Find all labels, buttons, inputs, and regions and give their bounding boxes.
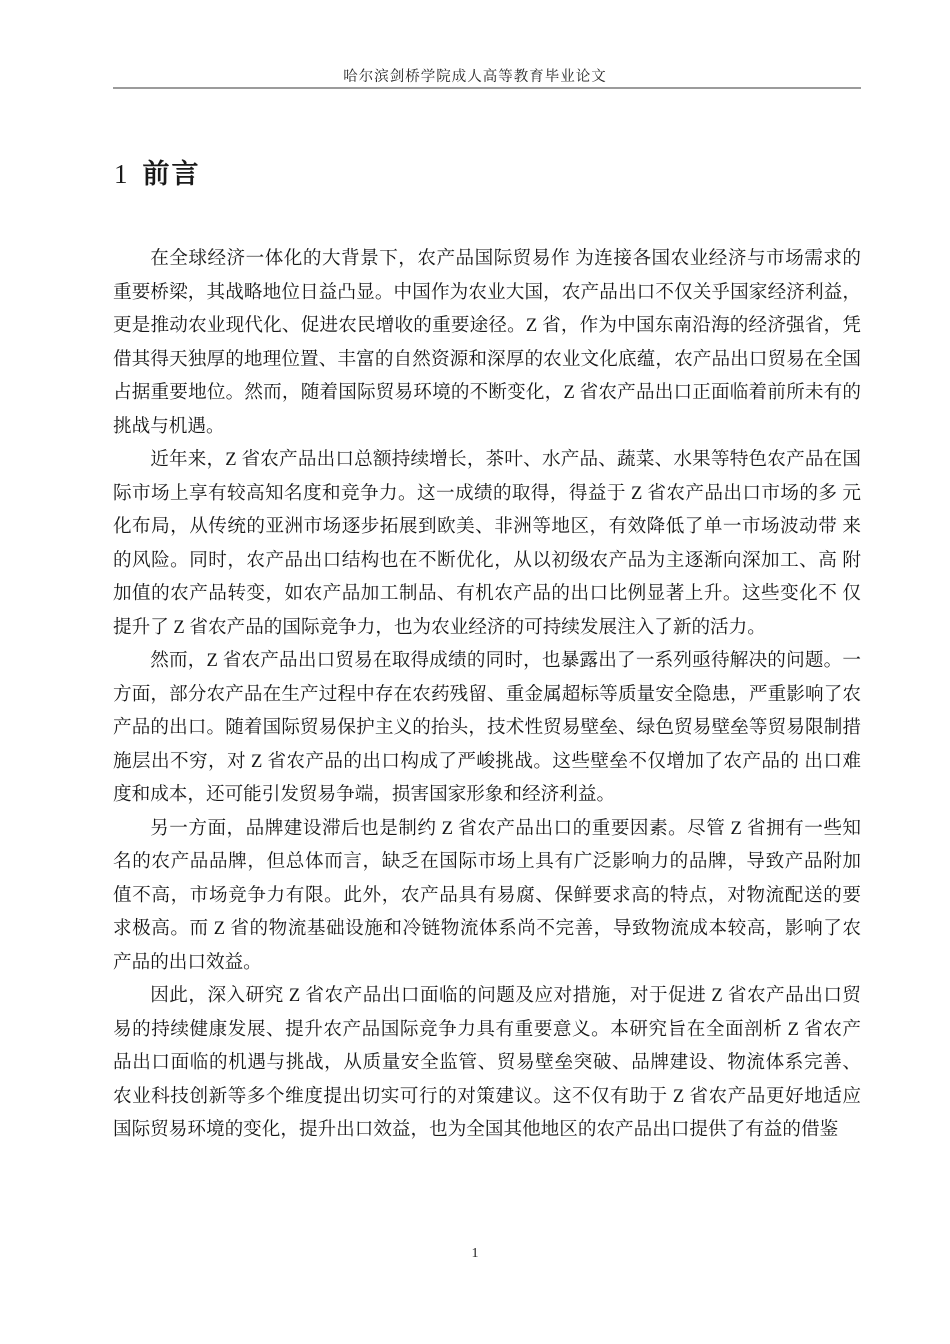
document-page: 哈尔滨剑桥学院成人高等教育毕业论文 1前言 在全球经济一体化的大背景下，农产品国… [0,0,950,1344]
body-paragraph-3: 然而，Z 省农产品出口贸易在取得成绩的同时，也暴露出了一系列亟待解决的问题。一方… [113,644,861,812]
section-heading: 1前言 [114,156,201,192]
body-paragraph-4: 另一方面，品牌建设滞后也是制约 Z 省农产品出口的重要因素。尽管 Z 省拥有一些… [113,812,861,980]
section-heading-title: 前言 [143,159,201,189]
page-number: 1 [0,1246,950,1262]
body-paragraph-1: 在全球经济一体化的大背景下，农产品国际贸易作 为连接各国农业经济与市场需求的重要… [113,242,861,443]
section-heading-number: 1 [114,159,128,189]
body-paragraph-5: 因此，深入研究 Z 省农产品出口面临的问题及应对措施，对于促进 Z 省农产品出口… [113,979,861,1147]
body-text: 在全球经济一体化的大背景下，农产品国际贸易作 为连接各国农业经济与市场需求的重要… [113,242,861,1147]
header-rule-divider [113,87,861,89]
body-paragraph-2: 近年来，Z 省农产品出口总额持续增长，茶叶、水产品、蔬菜、水果等特色农产品在国际… [113,443,861,644]
running-head: 哈尔滨剑桥学院成人高等教育毕业论文 [0,65,950,86]
